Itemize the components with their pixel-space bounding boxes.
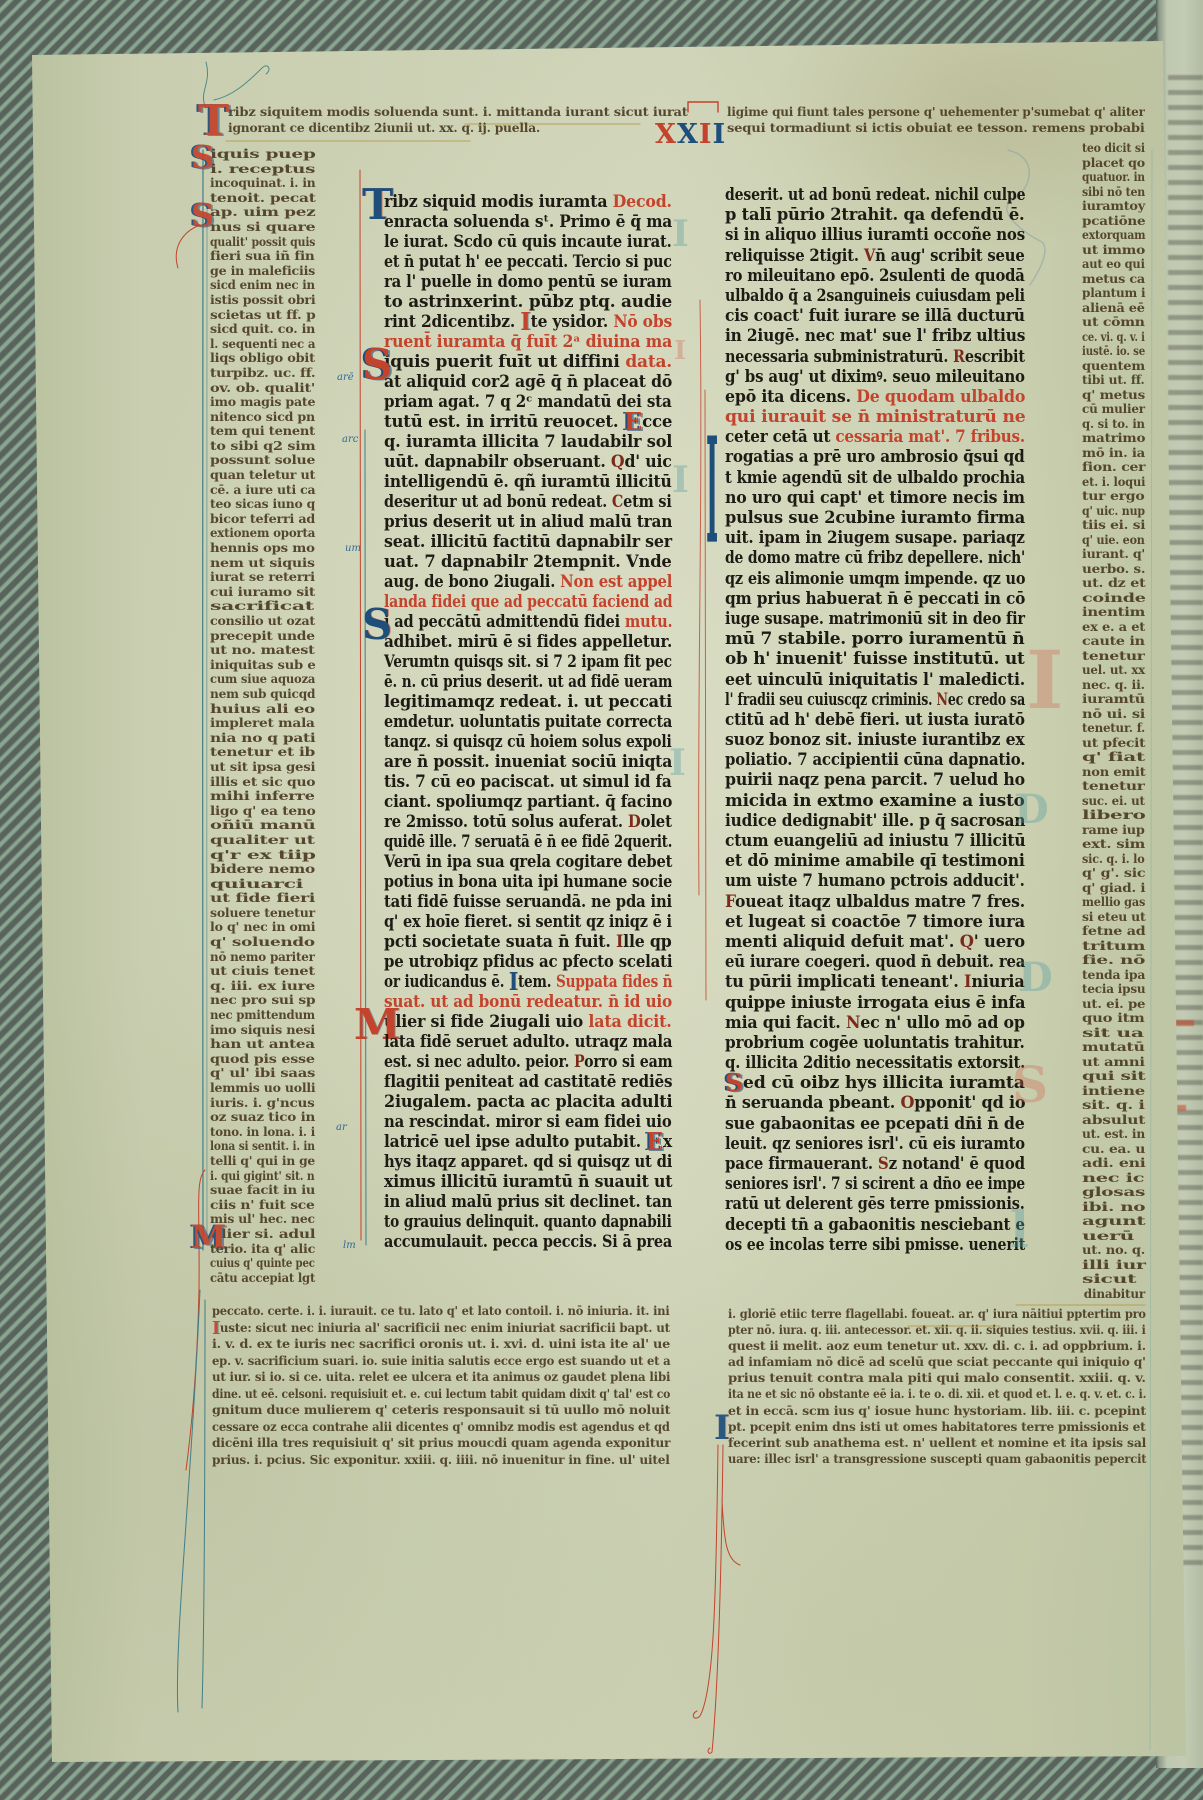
line-text: nec ic	[1082, 1171, 1144, 1186]
line-text: ita ne et sic nō obstante eē ia. i. te o…	[728, 1386, 1146, 1402]
line-text: quiuarci	[210, 877, 303, 892]
text-line: pace firmauerant. Sz notand' ē quod	[725, 1154, 1025, 1174]
text-line: legitimamqz redeat. i. ut peccati	[384, 692, 672, 712]
text-run: re 2misso. totū solus auferat.	[384, 812, 628, 832]
gloss-line: plantum i	[1082, 286, 1145, 301]
left-gloss-column: iquis puepSi. receptusincoquinat. i. int…	[210, 147, 315, 1285]
line-text: ut amni	[1082, 1055, 1145, 1070]
gloss-line: alienā eē	[1082, 301, 1145, 316]
line-text: placet qo	[1082, 156, 1145, 171]
text-line: reliquisse 2tigit. Vn̄ aug' scribit seue	[725, 246, 1025, 266]
line-text: Sed cū oibz hys illicita iuramta	[725, 1073, 1025, 1093]
line-text: necessaria subministraturū. Rescribit	[725, 347, 1025, 367]
text-line: no uro qui capt' et timore necis im	[725, 488, 1025, 508]
line-text: q. si to. in	[1082, 417, 1145, 432]
gloss-line: ut. ei. pe	[1082, 997, 1145, 1012]
line-text: et n̄ putat h' ee peccati. Tercio si puc	[384, 252, 672, 272]
gloss-line: ut sit ipsa gesi	[210, 760, 315, 775]
gloss-line: Iuste: sicut nec iniuria al' sacrificii …	[212, 1320, 670, 1337]
gloss-line: ut fide fieri	[210, 891, 315, 906]
text-line: sue gabaonitas ee pcepati dn̄i n̄ de	[725, 1114, 1025, 1134]
text-run: pcti societate suata n̄ fuit.	[384, 932, 616, 952]
gloss-line: caute in	[1082, 634, 1145, 649]
line-text: quest ii melit. aoz eum tenetur ut. xxv.…	[728, 1338, 1146, 1354]
line-text: iuge susape. matrimoniū sit in deo fir	[725, 609, 1025, 629]
gloss-line: iurat se reterri	[210, 570, 315, 585]
gloss-line: i. receptus	[210, 162, 315, 177]
penwork-header-bracket	[688, 102, 718, 112]
line-text: tutū est. in irritū reuocet. Ecce	[384, 412, 672, 432]
gloss-line: q. iii. ex iure	[210, 979, 315, 994]
line-text: tanqz. si quisqz cū hoiem solus expoli	[384, 732, 672, 752]
gloss-line: tenetur. f.	[1082, 721, 1145, 736]
line-text: 2iugalem. pacta ac placita adulti	[384, 1092, 672, 1112]
line-text: de domo matre cū fribz depellere. nich'	[725, 548, 1025, 568]
text-run: ribz siquitem modis soluenda sunt. i. mi…	[228, 105, 688, 119]
rubricated-capital: I	[964, 972, 971, 992]
gloss-line: fecerint sub anathema est. n' uellent et…	[728, 1435, 1146, 1451]
line-text: teo dicit si	[1082, 141, 1145, 156]
top-gloss-right: ligime qui fiunt tales persone q' ueheme…	[727, 104, 1145, 136]
line-text: tenetur	[1082, 779, 1145, 794]
text-run: n̄ seruanda pbeant.	[725, 1093, 901, 1113]
running-header-letter: I	[713, 119, 727, 150]
gloss-line: lona si sentit. i. in	[210, 1139, 315, 1154]
line-text: i ad peccātū admittendū fidei mutu.	[384, 612, 672, 632]
gloss-line: ut iur. si io. si ce. uita. relet ee ulc…	[212, 1369, 670, 1386]
text-run: etm si	[623, 492, 671, 512]
rubric-text: suat. ut ad bonū redeatur. n̄ id uio	[384, 992, 672, 1012]
gloss-line: iniquitas sub e	[210, 658, 315, 673]
gloss-line: libero	[1082, 808, 1145, 823]
line-text: pcti societate suata n̄ fuit. Ille qp	[384, 932, 672, 952]
line-text: nec pro sui sp	[210, 993, 315, 1008]
line-text: reliquisse 2tigit. Vn̄ aug' scribit seue	[725, 246, 1025, 266]
line-text: quatuor. in	[1082, 170, 1145, 185]
text-run: ceter cetā ut	[725, 427, 835, 447]
line-text: possunt solue	[210, 453, 315, 468]
line-text: ibi. no	[1082, 1200, 1145, 1215]
gloss-line: uerū	[1082, 1229, 1145, 1244]
text-line: suat. ut ad bonū redeatur. n̄ id uio	[384, 992, 672, 1012]
line-text: q. iii. ex iure	[210, 979, 315, 994]
line-text: liqs obligo obit	[210, 351, 315, 366]
gloss-line: tenetur	[1082, 649, 1145, 664]
gloss-line: scietas ut ff. p	[210, 308, 315, 323]
text-line: q. iuramta illicita 7 laudabilr sol	[384, 432, 672, 452]
line-text: q' metus	[1082, 388, 1145, 403]
gloss-line: sacrificat	[210, 599, 315, 614]
line-text: precepit unde	[210, 629, 315, 644]
line-text: iurat se reterri	[210, 570, 315, 585]
line-text: eū iurare coegeri. quod n̄ debuit. rea	[725, 952, 1025, 972]
right-gloss-column: teo dicit siplacet qoquatuor. insibi nō …	[1082, 141, 1145, 1301]
line-text: qui iurauit se n̄ ministraturū ne	[725, 407, 1025, 427]
text-line: hys itaqz apparet. qd si quisqz ut di	[384, 1152, 672, 1172]
line-text: seat. illicitū factitū dapnabilr ser	[384, 532, 672, 552]
text-line: le iurat. Scdo cū quis incaute iurat.	[384, 232, 672, 252]
text-line: mū 7 stabile. porro iuramentū n̄	[725, 629, 1025, 649]
line-text: bidere nemo	[210, 862, 315, 877]
gloss-line: q' soluendo	[210, 935, 315, 950]
line-text: mellio gas	[1082, 895, 1145, 910]
gloss-line: lemmis uo uolli	[210, 1081, 315, 1096]
text-line: menti aliquid defuit mat'. Q' uero	[725, 932, 1025, 952]
line-text: tenetur et ib	[210, 745, 315, 760]
margin-guide-letter: I	[672, 216, 689, 252]
rubric-text: mutu.	[625, 612, 673, 632]
gloss-line: teo dicit si	[1082, 141, 1145, 156]
gloss-line: cum siue aquoza	[210, 672, 315, 687]
line-text: sic. q. i. lo	[1082, 852, 1145, 867]
rubricated-capital: C	[612, 492, 623, 512]
text-run: d' uic	[624, 452, 671, 472]
margin-guide-letter: I	[1026, 640, 1063, 720]
margin-guide-letter: I	[672, 462, 689, 498]
gloss-line: ligo q' ea teno	[210, 804, 315, 819]
gloss-line: illi iur	[1082, 1258, 1145, 1273]
gloss-line: cātu accepiat lgt	[210, 1271, 315, 1286]
line-text: turpibz. uc. ff.	[210, 366, 315, 381]
line-text: landa fidei que ad peccatū faciend ad	[384, 592, 672, 612]
marginal-note: arē	[337, 372, 354, 383]
gloss-line: tono. in lona. i. i	[210, 1125, 315, 1140]
gloss-line: ciis n' fuit sce	[210, 1198, 315, 1213]
gloss-line: prius. i. pcius. Sic exponitur. xxiii. q…	[212, 1452, 670, 1469]
gloss-line: iuramtū	[1082, 692, 1145, 707]
line-text: intelligendū ē. qñ iuramtū illicitū	[384, 472, 672, 492]
text-run: ed cū oibz hys illicita iuramta	[743, 1073, 1025, 1093]
line-text: est. si nec adulto. peior. Porro si eam	[384, 1052, 672, 1072]
line-text: aut eo qui	[1082, 257, 1145, 272]
gloss-line: sit. q. i	[1082, 1098, 1145, 1113]
line-text: et dō minime amabile qī testimoni	[725, 851, 1025, 871]
line-text: ribz siquid modis iuramta Decod.	[384, 192, 672, 212]
gloss-line: terio. ita q' alic	[210, 1242, 315, 1257]
line-text: mutatū	[1082, 1040, 1145, 1055]
gloss-line: si eteu ut	[1082, 910, 1145, 925]
text-line: or iudicandus ē. Item. Suppata fides n̄	[384, 972, 672, 992]
text-line: eet uinculū iniquitatis l' maledicti.	[725, 670, 1025, 690]
line-text: pcatiōne	[1082, 214, 1145, 229]
text-line: qm prius habuerat n̄ ē peccati in cō	[725, 589, 1025, 609]
gloss-line: iuris. i. g'ncus	[210, 1096, 315, 1111]
gloss-line: nec ic	[1082, 1171, 1145, 1186]
gloss-line: sic. q. i. lo	[1082, 852, 1145, 867]
gloss-line: metus ca	[1082, 272, 1145, 287]
rubricated-capital: Q	[611, 452, 625, 472]
gloss-line: istis possit obri	[210, 293, 315, 308]
line-text: accumulauit. pecca peccis. Si ā prea	[384, 1232, 672, 1252]
marginal-note: um	[345, 543, 361, 554]
text-run: pponit' qd io	[914, 1093, 1025, 1113]
line-text: q' uic. nup	[1082, 504, 1145, 519]
line-text: ē. n. cū prius deserit. ut ad fidē ueram	[384, 672, 672, 692]
text-line: landa fidei que ad peccatū faciend ad	[384, 592, 672, 612]
gloss-line: ignorant ce dicentibz 2iunii ut. xx. q. …	[228, 120, 540, 136]
gloss-line: precepit unde	[210, 629, 315, 644]
line-text: cessare oz ecca contrahe alii dicentes q…	[212, 1419, 670, 1436]
gloss-line: agunt	[1082, 1214, 1145, 1229]
line-text: ut. no. q.	[1082, 1243, 1145, 1258]
gloss-line: ut. est. in	[1082, 1127, 1145, 1142]
penwork-left-gloss-border-inner	[207, 205, 208, 1240]
text-run: olet	[641, 812, 672, 832]
line-text: l. sequenti nec a	[210, 337, 315, 352]
line-text: lo q' nec in omi	[210, 920, 315, 935]
text-run: uūt. dapnabilr obseruant.	[384, 452, 611, 472]
line-text: leuit. qz seniores isrl'. cū eis iuramto	[725, 1134, 1025, 1154]
gloss-line: q' uic. nup	[1082, 504, 1145, 519]
text-line: leuit. qz seniores isrl'. cū eis iuramto	[725, 1134, 1025, 1154]
text-line: latricē uel ipse adulto putabit. Ex	[384, 1132, 672, 1152]
line-text: cē. a iure uti ca	[210, 483, 315, 498]
line-text: iquis puep	[210, 147, 315, 162]
gloss-line: q' uie. eon	[1082, 533, 1145, 548]
line-text: menti aliquid defuit mat'. Q' uero	[725, 932, 1025, 952]
line-text: telli q' qui in ge	[210, 1154, 315, 1169]
line-text: cis coact' fuit iurare se illā ducturū	[725, 306, 1025, 326]
line-text: os ee incolas terre sibi pmisse. uenerit	[725, 1235, 1025, 1255]
margin-guide-letter: D	[1014, 790, 1049, 830]
ruling-line-right	[1150, 150, 1152, 1750]
text-line: tati fidē fuisse seruandā. ne pda ini	[384, 892, 672, 912]
line-text: uūt. dapnabilr obseruant. Qd' uic	[384, 452, 672, 472]
line-text: or iudicandus ē. Item. Suppata fides n̄	[384, 972, 672, 992]
line-text: p talī pūrio 2trahit. qa defendū ē.	[725, 205, 1025, 225]
gloss-line: mō in. ia	[1082, 446, 1145, 461]
line-text: q'r ex tiip	[210, 848, 316, 863]
rubricated-capital: N	[846, 1013, 860, 1033]
text-line: tis. 7 cū eo paciscat. ut simul id fa	[384, 772, 672, 792]
gloss-line: sequi tormadiunt si ictis obuiat ee tess…	[727, 120, 1145, 136]
gloss-line: intiene	[1082, 1084, 1145, 1099]
text-line: uit. ipam in 2iugem susape. pariaqz	[725, 528, 1025, 548]
line-text: qz eis alimonie umqm impende. qz uo	[725, 569, 1025, 589]
line-text: decepti tn̄ a gabaonitis nesciebant e	[725, 1215, 1025, 1235]
gloss-line: ut ciuis tenet	[210, 964, 315, 979]
text-line: poliatio. 7 accipientii cūna dapnatio.	[725, 750, 1025, 770]
line-text: latricē uel ipse adulto putabit. Ex	[384, 1132, 672, 1152]
line-text: quo itm	[1082, 1011, 1145, 1026]
text-line: n̄ seruanda pbeant. Opponit' qd io	[725, 1093, 1025, 1113]
line-text: iustē. io. se	[1082, 344, 1145, 359]
text-line: seniores isrl'. 7 si scirent a dn̄o ee i…	[725, 1174, 1025, 1194]
line-text: bicor teferri ad	[210, 512, 315, 527]
rubricated-capital: O	[901, 1093, 915, 1113]
text-line: est. si nec adulto. peior. Porro si eam	[384, 1052, 672, 1072]
gloss-line: oñiū manū	[210, 818, 315, 833]
text-line: os ee incolas terre sibi pmisse. uenerit	[725, 1235, 1025, 1255]
text-line: mia qui facit. Nec n' ullo mō ad op	[725, 1013, 1025, 1033]
line-text: q' giad. i	[1082, 881, 1145, 896]
line-text: nus si quare	[210, 220, 315, 235]
text-run: ribz siquid modis iuramta	[384, 192, 613, 212]
line-text: lemmis uo uolli	[210, 1081, 315, 1096]
gloss-line: q' g'. sic	[1082, 866, 1145, 881]
line-text: in aliud malū prius sit declinet. tan	[384, 1192, 672, 1212]
gloss-line: pcatiōne	[1082, 214, 1145, 229]
gloss-line: qualiter ut	[210, 833, 315, 848]
line-text: qualiter ut	[210, 833, 315, 848]
line-text: ge in maleficiis	[210, 264, 315, 279]
text-line: accumulauit. pecca peccis. Si ā prea	[384, 1232, 672, 1252]
line-text: deseritur ut ad bonū redeat. Cetm si	[384, 492, 672, 512]
gloss-line: dine. ut eē. celsoni. requisiuit et. e. …	[212, 1386, 670, 1403]
line-text: tecia ipsu	[1082, 982, 1145, 997]
text-line: quippe iniuste irrogata eius ē infa	[725, 993, 1025, 1013]
line-text: lata fidē seruet adulto. utraqz mala	[384, 1032, 672, 1052]
gloss-line: quan teletur ut	[210, 468, 315, 483]
line-text: uerbo. s.	[1082, 562, 1145, 577]
line-text: cui iuramo sit	[210, 585, 315, 600]
margin-guide-letter: S	[1012, 1060, 1048, 1110]
line-text: suae facit in iu	[210, 1183, 315, 1198]
text-line: decepti tn̄ a gabaonitis nesciebant e	[725, 1215, 1025, 1235]
text-line: na rescindat. miror si eam fidei uio	[384, 1112, 672, 1132]
gloss-line: sicd quit. co. in	[210, 322, 315, 337]
penwork-left-tail	[177, 1290, 205, 1712]
line-text: nia no q pati	[210, 731, 316, 746]
line-text: eet uinculū iniquitatis l' maledicti.	[725, 670, 1025, 690]
gloss-line: nec pro sui sp	[210, 993, 315, 1008]
text-line: ē. n. cū prius deserit. ut ad fidē ueram	[384, 672, 672, 692]
gloss-line: nem sub quicqd	[210, 687, 315, 702]
line-text: tono. in lona. i. i	[210, 1125, 315, 1140]
text-line: pcti societate suata n̄ fuit. Ille qp	[384, 932, 672, 952]
gloss-line: tenetur	[1082, 779, 1145, 794]
line-text: nec pmittendum	[210, 1008, 315, 1023]
gloss-line: telli q' qui in ge	[210, 1154, 315, 1169]
gloss-line: et in eccā. scm ius q' iosue hunc hystor…	[728, 1403, 1146, 1419]
main-text-column-1: ribz siquid modis iuramta Decod.Tenracta…	[384, 192, 672, 1252]
gloss-line: cessare oz ecca contrahe alii dicentes q…	[212, 1419, 670, 1436]
rubric-text: Non est appel	[560, 572, 672, 592]
line-text: nitenco sicd pn	[210, 410, 315, 425]
gloss-line: quiuarci	[210, 877, 315, 892]
text-run: n̄ aug' scribit seue	[875, 246, 1024, 266]
gloss-line: iuramtoy	[1082, 199, 1145, 214]
line-text: rame iup	[1082, 823, 1145, 838]
gloss-line: tritum	[1082, 939, 1145, 954]
gloss-line: ut pfecit	[1082, 736, 1145, 751]
text-run: tutū est. in irritū reuocet.	[384, 412, 624, 432]
text-line: seat. illicitū factitū dapnabilr ser	[384, 532, 672, 552]
gloss-line: q' giad. i	[1082, 881, 1145, 896]
gloss-line: qualit' possit quis	[210, 235, 315, 250]
gloss-line: pter nō. iura. q. iii. antecessor. et. x…	[728, 1322, 1146, 1338]
bottom-gloss-right: i. gloriē etiic terre flagellabi. foueat…	[728, 1306, 1146, 1467]
gloss-line: uel. ut. xx	[1082, 663, 1145, 678]
text-run: l' fradii seu cuiuscqz criminis.	[725, 690, 937, 710]
rubricated-capital: F	[725, 892, 735, 912]
gloss-line: nec. q. ii.	[1082, 678, 1145, 693]
gloss-line: pt. pcepit enim dns isti ut omes habitat…	[728, 1419, 1146, 1435]
line-text: libero	[1082, 808, 1145, 823]
text-line: um uiste 7 humano pctrois adducit'.	[725, 871, 1025, 891]
line-text: aug. de bono 2iugali. Non est appel	[384, 572, 672, 592]
text-line: prius deserit ut in aliud malū tran	[384, 512, 672, 532]
text-run: orro si eam	[584, 1052, 672, 1072]
line-text: iuramtoy	[1082, 199, 1145, 214]
line-text: mū 7 stabile. porro iuramentū n̄	[725, 629, 1025, 649]
gloss-line: tem qui tenent	[210, 424, 315, 439]
text-run: iquis puep	[210, 147, 315, 161]
gloss-line: q' fiat	[1082, 750, 1145, 765]
text-run: pace firmauerant.	[725, 1154, 878, 1174]
gloss-line: mihi inferre	[210, 789, 315, 804]
text-run: ec credo sa	[948, 690, 1025, 710]
text-line: de domo matre cū fribz depellere. nich'	[725, 548, 1025, 568]
gloss-line: ut no. matest	[210, 643, 315, 658]
line-text: cū mulier	[1082, 402, 1145, 417]
gloss-line: peccato. certe. i. i. iurauit. ce tu. la…	[212, 1303, 670, 1320]
line-text: q' ex hoīe fieret. si sentit qz iniqz ē …	[384, 912, 672, 932]
line-text: dine. ut eē. celsoni. requisiuit et. e. …	[212, 1386, 670, 1403]
text-run: z notand' ē quod	[889, 1154, 1025, 1174]
gloss-line: quentem	[1082, 359, 1145, 374]
text-line: uūt. dapnabilr obseruant. Qd' uic	[384, 452, 672, 472]
line-text: illis et sic quo	[210, 775, 315, 790]
gloss-line: qui sit	[1082, 1069, 1145, 1084]
text-run: tem.	[518, 972, 556, 992]
gloss-line: uerbo. s.	[1082, 562, 1145, 577]
text-line: pulsus sue 2cubine iuramto firma	[725, 508, 1025, 528]
gloss-line: ov. ob. qualit'	[210, 381, 315, 396]
text-line: iuge susape. matrimoniū sit in deo fir	[725, 609, 1025, 629]
line-text: oz suaz tico in	[210, 1110, 315, 1125]
line-text: si in aliquo illius iuramti occoñe nos	[725, 225, 1025, 245]
line-text: pe utrobiqz pfidus ac pfecto scelati	[384, 952, 672, 972]
line-text: q' soluendo	[210, 935, 315, 950]
line-text: to grauius delinquit. quanto dapnabili	[384, 1212, 672, 1232]
gloss-line: imo magis pate	[210, 395, 315, 410]
text-line: ximus illicitū iuramtū n̄ suauit ut	[384, 1172, 672, 1192]
line-text: ad infamiam nō dicē ad scelū que sciat p…	[728, 1354, 1146, 1370]
text-run: dinabitur	[1084, 1287, 1145, 1301]
text-line: Foueat itaqz ulbaldus matre 7 fres.	[725, 892, 1025, 912]
text-line: at aliquid cor2 agē q̄ n̄ placeat dō	[384, 372, 672, 392]
gloss-line: suc. ei. ut	[1082, 794, 1145, 809]
line-text: Verū in ipa sua qrela cogitare debet	[384, 852, 672, 872]
line-text: tibi ut. ff.	[1082, 373, 1145, 388]
line-text: et lugeat si coactōe 7 timore iura	[725, 912, 1025, 932]
margin-guide-letter: I	[674, 338, 686, 364]
text-run: rint 2dicentibz.	[384, 312, 520, 332]
line-text: sicd quit. co. in	[210, 322, 315, 337]
gloss-line: rame iup	[1082, 823, 1145, 838]
line-text: imo siquis nesi	[210, 1023, 315, 1038]
line-text: q. iuramta illicita 7 laudabilr sol	[384, 432, 672, 452]
gloss-line: tibi ut. ff.	[1082, 373, 1145, 388]
text-line: rogatias a prē uro ambrosio q̄sui qd	[725, 447, 1025, 467]
text-line: epō ita dicens. De quodam ulbaldo	[725, 387, 1025, 407]
gloss-line: cui iuramo sit	[210, 585, 315, 600]
gloss-line: cu. ea. u	[1082, 1142, 1145, 1157]
gloss-line: sicd enim nec in	[210, 278, 315, 293]
text-line: ro mileuitano epō. 2sulenti de quodā	[725, 266, 1025, 286]
line-text: n̄ seruanda pbeant. Opponit' qd io	[725, 1093, 1025, 1113]
line-text: Iuste: sicut nec iniuria al' sacrificii …	[212, 1320, 670, 1337]
line-text: ov. ob. qualit'	[210, 381, 315, 396]
text-run: latricē uel ipse adulto putabit.	[384, 1132, 646, 1152]
line-text: q' g'. sic	[1082, 866, 1145, 881]
gloss-line: bicor teferri ad	[210, 512, 315, 527]
line-text: pt. pcepit enim dns isti ut omes habitat…	[728, 1419, 1146, 1435]
line-text: re 2misso. totū solus auferat. Dolet	[384, 812, 672, 832]
line-text: nō nemo pariter	[210, 950, 315, 965]
line-text: ulier si fide 2iugali uio lata dicit.	[384, 1012, 672, 1032]
